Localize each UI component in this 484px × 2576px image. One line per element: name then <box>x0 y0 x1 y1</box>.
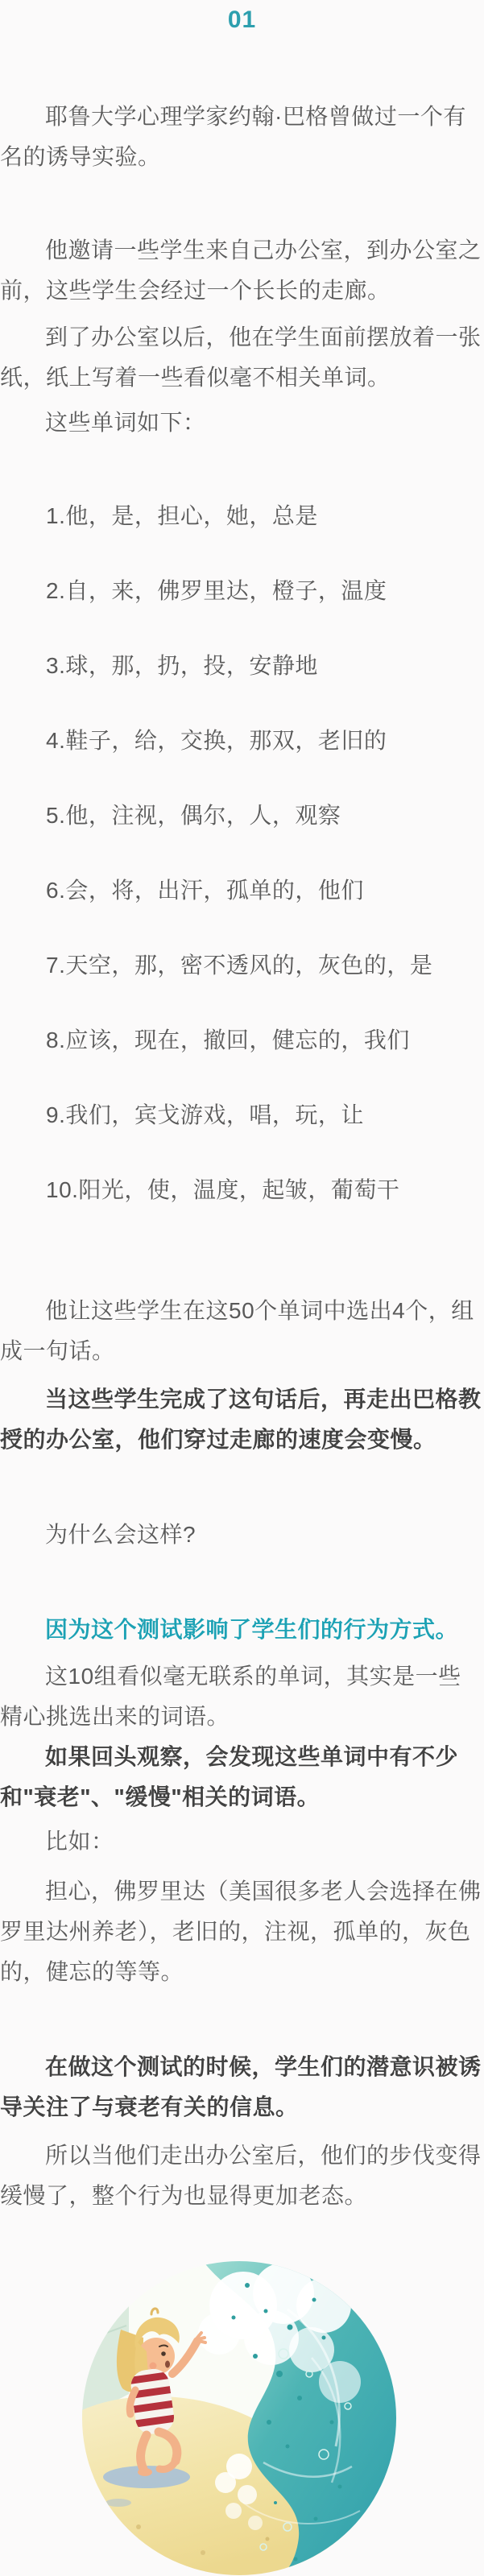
paragraph-example-label: 比如： <box>0 1821 484 1862</box>
word-list-item: 1.他，是，担心，她，总是 <box>0 496 484 536</box>
paragraph-paper: 到了办公室以后，他在学生面前摆放着一张纸，纸上写着一些看似毫不相关单词。 <box>0 317 484 398</box>
word-list-item: 3.球，那，扔，投，安静地 <box>0 646 484 686</box>
section-number: 01 <box>0 0 484 35</box>
word-list-item: 9.我们，宾戈游戏，唱，玩，让 <box>0 1095 484 1135</box>
paragraph-words-intro: 这些单词如下： <box>0 403 484 443</box>
paragraph-subconscious-bold: 在做这个测试的时候，学生们的潜意识被诱导关注了与衰老有关的信息。 <box>0 2047 484 2127</box>
girl-jumping-beach-wave-illustration <box>82 2261 396 2575</box>
paragraph-conclusion: 所以当他们走出办公室后，他们的步伐变得缓慢了，整个行为也显得更加老态。 <box>0 2136 484 2216</box>
paragraph-intro: 耶鲁大学心理学家约翰·巴格曾做过一个有名的诱导实验。 <box>0 97 484 177</box>
paragraph-invite: 他邀请一些学生来自己办公室，到办公室之前，这些学生会经过一个长长的走廊。 <box>0 230 484 311</box>
paragraph-example-words: 担心，佛罗里达（美国很多老人会选择在佛罗里达州养老），老旧的，注视，孤单的，灰色… <box>0 1871 484 1992</box>
word-list-item: 5.他，注视，偶尔，人，观察 <box>0 796 484 836</box>
paragraph-observe-bold: 如果回头观察，会发现这些单词中有不少和"衰老"、"缓慢"相关的词语。 <box>0 1737 484 1817</box>
word-list-item: 4.鞋子，给，交换，那双，老旧的 <box>0 721 484 761</box>
paragraph-task: 他让这些学生在这50个单词中选出4个，组成一句话。 <box>0 1291 484 1371</box>
paragraph-answer-teal: 因为这个测试影响了学生们的行为方式。 <box>0 1610 484 1650</box>
paragraph-explain: 这10组看似毫无联系的单词，其实是一些精心挑选出来的词语。 <box>0 1656 484 1737</box>
paragraph-result-bold: 当这些学生完成了这句话后，再走出巴格教授的办公室，他们穿过走廊的速度会变慢。 <box>0 1379 484 1460</box>
word-list-item: 10.阳光，使，温度，起皱，葡萄干 <box>0 1170 484 1210</box>
word-list-item: 7.天空，那，密不透风的，灰色的，是 <box>0 945 484 986</box>
word-list-item: 2.自，来，佛罗里达，橙子，温度 <box>0 571 484 611</box>
word-list-item: 8.应该，现在，撤回，健忘的，我们 <box>0 1020 484 1061</box>
paragraph-question: 为什么会这样? <box>0 1515 484 1555</box>
article-page: 01 耶鲁大学心理学家约翰·巴格曾做过一个有名的诱导实验。 他邀请一些学生来自己… <box>0 0 484 2576</box>
word-list: 1.他，是，担心，她，总是 2.自，来，佛罗里达，橙子，温度 3.球，那，扔，投… <box>0 496 484 1210</box>
word-list-item: 6.会，将，出汗，孤单的，他们 <box>0 870 484 911</box>
